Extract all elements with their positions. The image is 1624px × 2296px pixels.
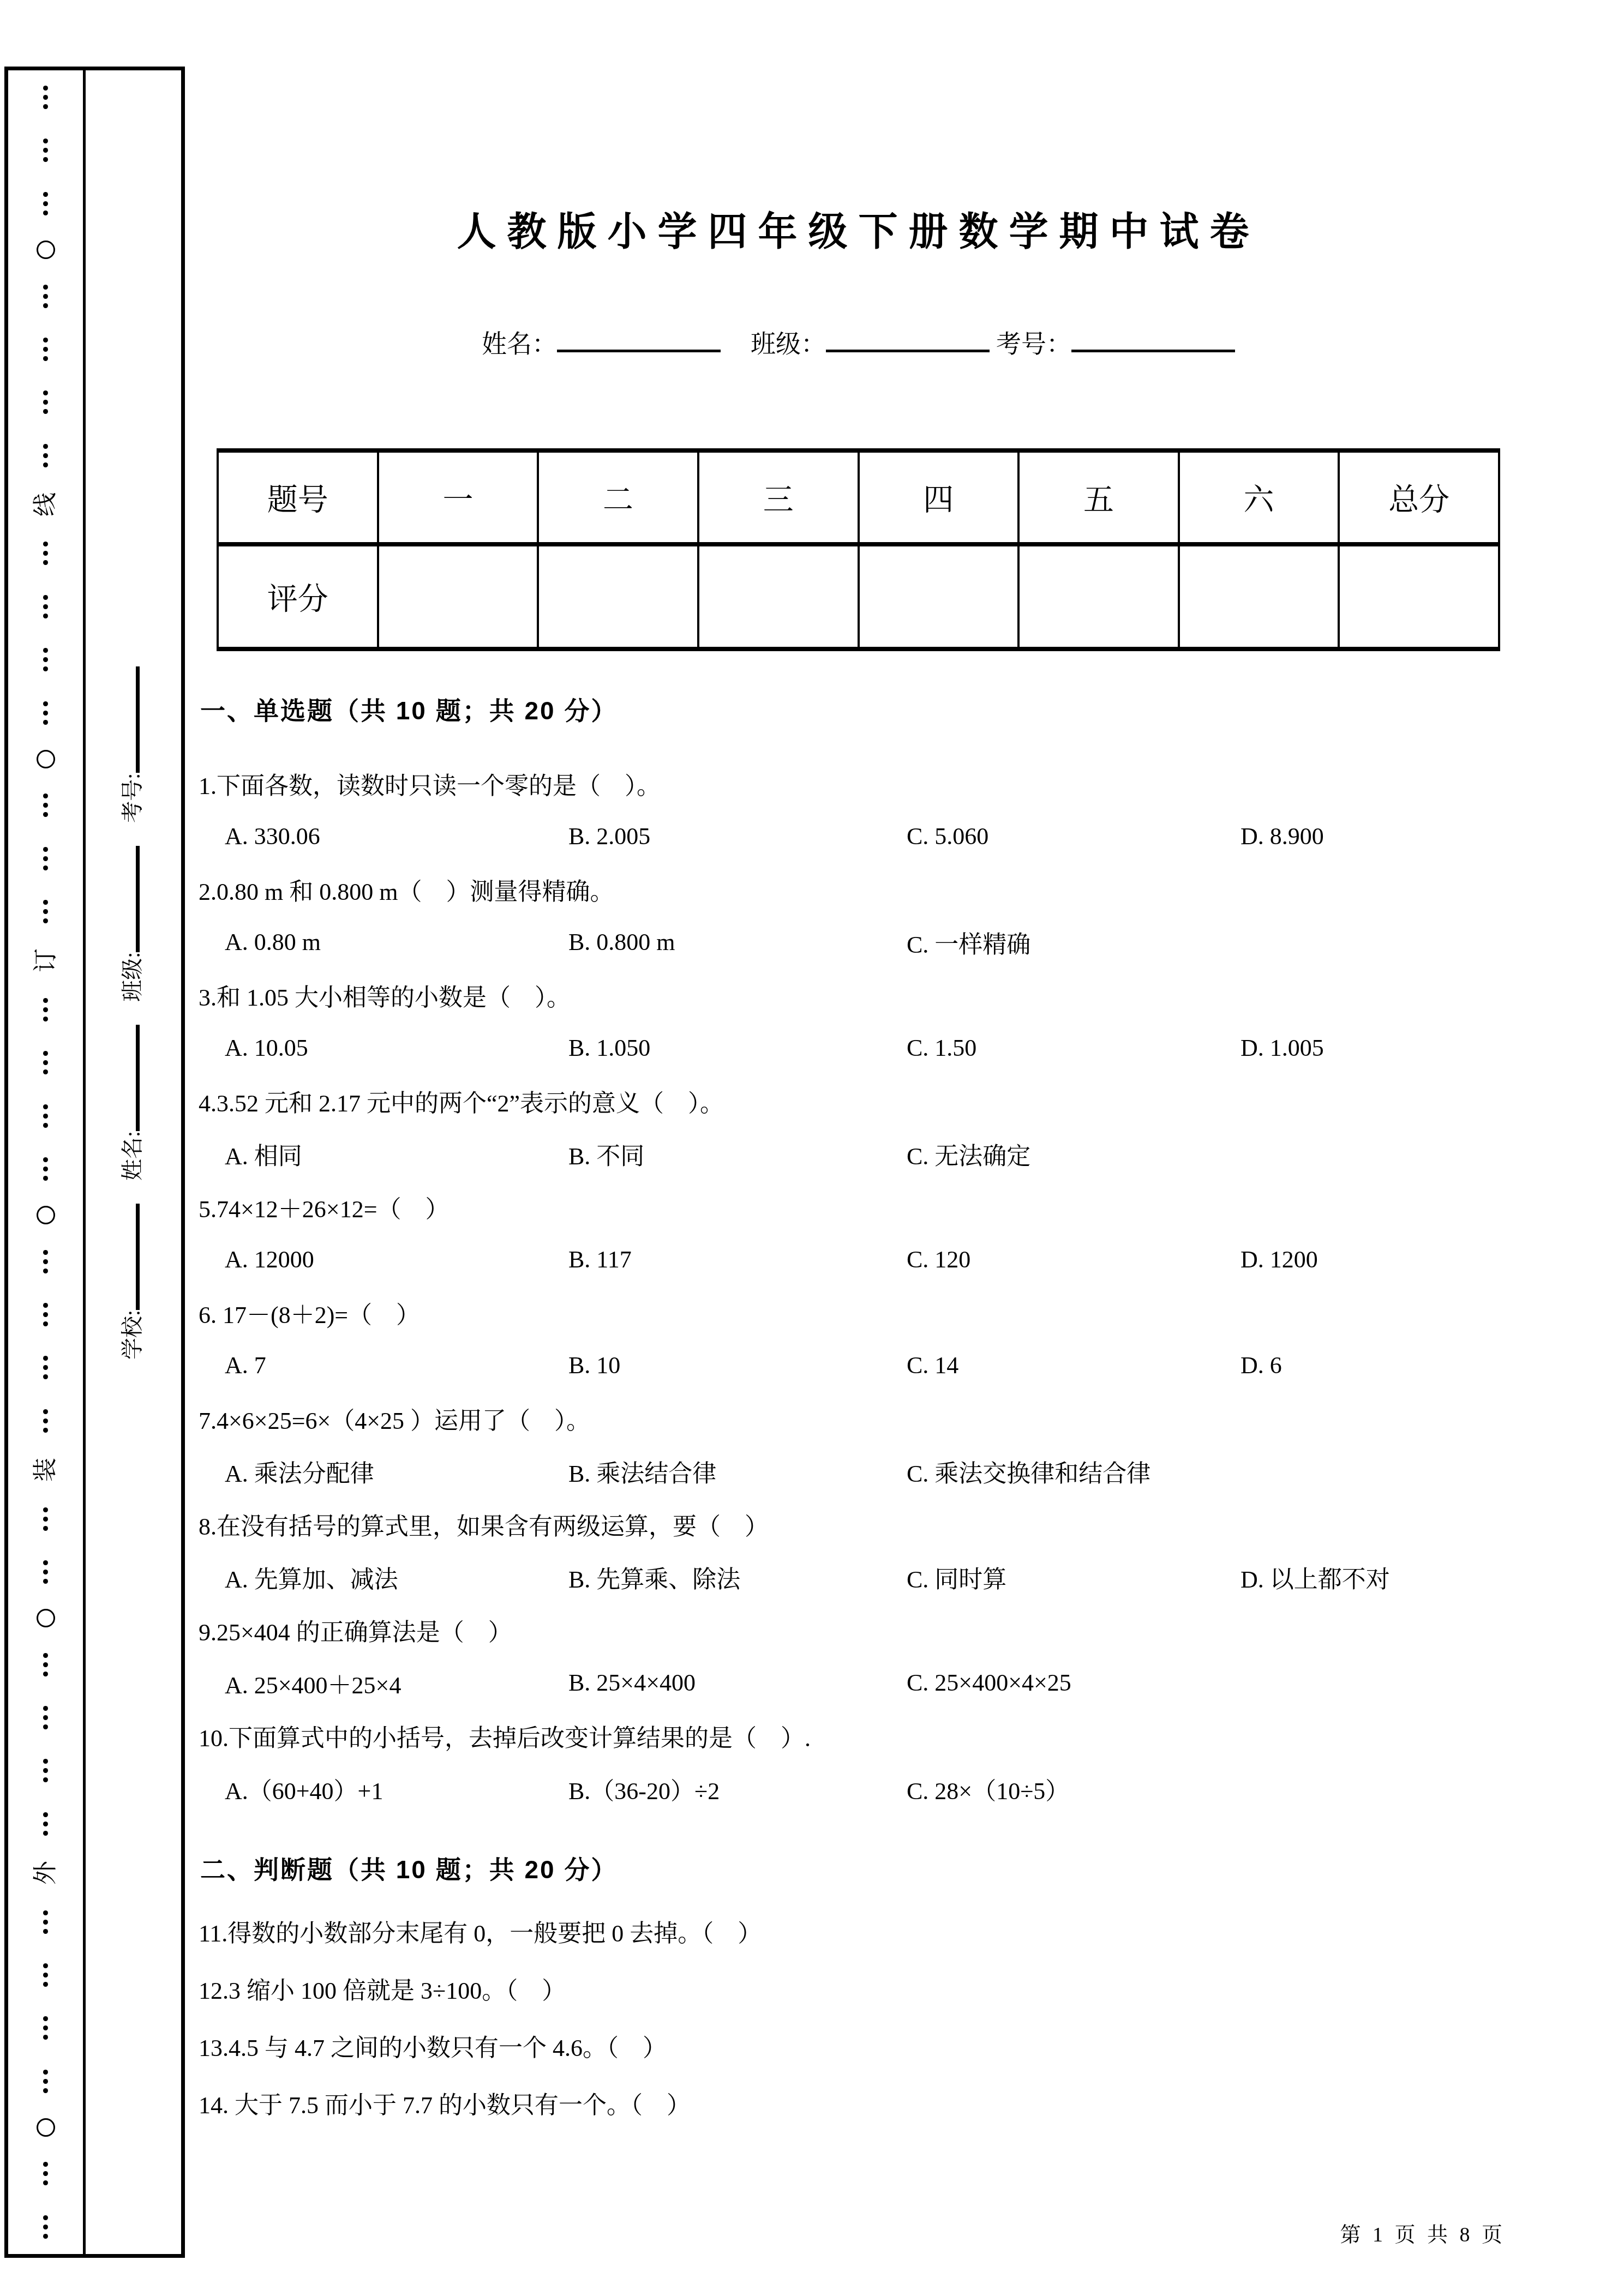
exam-title: 人教版小学四年级下册数学期中试卷 (217, 205, 1500, 259)
binding-dots-icon (43, 1808, 48, 1840)
exam-page: 线 订 装 外 (0, 0, 1624, 2296)
binding-dots-icon (43, 843, 48, 875)
question-options: A. 相同 B. 不同 C. 无法确定 (199, 1127, 1624, 1180)
question-options: A. 先算加、减法 B. 先算乘、除法 C. 同时算 D. 以上都不对 (199, 1550, 1624, 1603)
question-stem: 2.0.80 m 和 0.800 m（ ）测量得精确。 (199, 863, 1624, 916)
binding-dots-icon (43, 134, 48, 166)
class-label-side: 班级: (120, 952, 145, 1002)
binding-char-line: 线 (34, 492, 58, 516)
score-cell (378, 544, 538, 649)
binding-dots-icon (43, 1299, 48, 1331)
option-b: B.（36-20）÷2 (568, 1771, 907, 1806)
binding-dots-icon (43, 1405, 48, 1437)
page-number: 第 1 页 共 8 页 (1340, 2217, 1506, 2247)
question-stem: 5.74×12＋26×12=（ ） (199, 1180, 1624, 1233)
option-d: D. 6 (1241, 1351, 1624, 1379)
option-a: A. 先算加、减法 (225, 1560, 568, 1595)
binding-dots-icon (43, 1100, 48, 1132)
option-c: C. 5.060 (907, 822, 1241, 850)
name-blank (557, 350, 721, 352)
binding-dots-icon (43, 591, 48, 623)
score-cell (1179, 544, 1339, 649)
option-c: C. 乘法交换律和结合律 (907, 1454, 1241, 1489)
question-options: A.（60+40）+1 B.（36-20）÷2 C. 28×（10÷5） (199, 1762, 1624, 1815)
question-stem: 13.4.5 与 4.7 之间的小数只有一个 4.6。（ ） (199, 2017, 1624, 2074)
binding-dots-icon (43, 2157, 48, 2190)
score-row-label: 评分 (218, 544, 378, 649)
score-table: 题号 一 二 三 四 五 六 总分 评分 (217, 448, 1500, 651)
score-table-col: 四 (859, 450, 1019, 544)
binding-dots-icon (43, 1047, 48, 1079)
question-stem: 12.3 缩小 100 倍就是 3÷100。（ ） (199, 1960, 1624, 2017)
score-table-col: 三 (698, 450, 859, 544)
binding-dots-icon (43, 1702, 48, 1734)
option-c: C. 无法确定 (907, 1137, 1241, 1171)
score-cell (538, 544, 698, 649)
exam-no-blank-side (136, 667, 140, 773)
score-table-col: 六 (1179, 450, 1339, 544)
option-b: B. 117 (568, 1246, 907, 1273)
binding-dots-icon (43, 789, 48, 821)
binding-circle-icon (37, 750, 55, 768)
judge-questions: 11.得数的小数部分末尾有 0，一般要把 0 去掉。（ ） 12.3 缩小 10… (185, 1902, 1624, 2131)
question-options: A. 乘法分配律 B. 乘法结合律 C. 乘法交换律和结合律 (199, 1445, 1624, 1498)
binding-dots-icon (43, 81, 48, 113)
option-b: B. 乘法结合律 (568, 1454, 907, 1489)
name-blank-side (136, 1025, 140, 1131)
binding-dots-icon (43, 2012, 48, 2044)
score-cell (1339, 544, 1499, 649)
option-c: C. 14 (907, 1351, 1241, 1379)
name-label-side: 姓名: (120, 1131, 145, 1181)
binding-dots-icon (43, 1153, 48, 1185)
binding-circle-icon (37, 241, 55, 259)
binding-dots-icon (43, 994, 48, 1026)
binding-dots-icon (43, 1649, 48, 1681)
option-b: B. 先算乘、除法 (568, 1560, 907, 1595)
score-table-col: 二 (538, 450, 698, 544)
binding-char-outside: 外 (34, 1861, 58, 1885)
class-blank (826, 350, 990, 352)
class-label: 班级： (751, 330, 826, 358)
option-d: D. 1.005 (1241, 1034, 1624, 1062)
student-info-row: 姓名：班级：考号： (217, 327, 1500, 361)
question-options: A. 7 B. 10 C. 14 D. 6 (199, 1339, 1624, 1392)
binding-dots-icon (43, 280, 48, 312)
binding-dots-icon (43, 697, 48, 729)
question-stem: 6. 17－(8＋2)=（ ） (199, 1286, 1624, 1339)
school-blank (136, 1204, 140, 1310)
single-choice-questions: 1.下面各数，读数时只读一个零的是（ ）。 A. 330.06 B. 2.005… (185, 757, 1624, 1815)
question-stem: 7.4×6×25=6×（4×25 ）运用了（ ）。 (199, 1392, 1624, 1445)
score-table-score-row: 评分 (218, 544, 1499, 649)
section-1-heading: 一、单选题（共 10 题；共 20 分） (200, 697, 1624, 724)
binding-dots-icon (43, 333, 48, 365)
binding-dots-icon (43, 2065, 48, 2097)
binding-char-staple: 订 (34, 948, 58, 972)
option-c: C. 一样精确 (907, 925, 1241, 960)
school-label: 学校: (120, 1310, 145, 1360)
option-a: A.（60+40）+1 (225, 1771, 568, 1806)
option-b: B. 不同 (568, 1137, 907, 1171)
option-a: A. 7 (225, 1351, 568, 1379)
option-b: B. 1.050 (568, 1034, 907, 1062)
score-cell (1018, 544, 1179, 649)
option-c: C. 120 (907, 1246, 1241, 1273)
binding-char-bind: 装 (34, 1458, 58, 1482)
binding-circle-icon (37, 1206, 55, 1224)
option-c: C. 1.50 (907, 1034, 1241, 1062)
question-stem: 9.25×404 的正确算法是（ ） (199, 1603, 1624, 1656)
binding-dots-icon (43, 1351, 48, 1384)
binding-dots-icon (43, 644, 48, 676)
binding-marks-column: 线 订 装 外 (8, 70, 86, 2254)
student-info-rotated: 学校:姓名:班级:考号: (86, 70, 179, 2254)
binding-dots-icon (43, 2211, 48, 2243)
option-c: C. 25×400×4×25 (907, 1669, 1241, 1697)
binding-dots-icon (43, 1246, 48, 1278)
binding-circle-icon (37, 2118, 55, 2137)
option-a: A. 330.06 (225, 822, 568, 850)
question-stem: 4.3.52 元和 2.17 元中的两个“2”表示的意义（ ）。 (199, 1074, 1624, 1127)
binding-dots-icon (43, 1906, 48, 1938)
question-stem: 8.在没有括号的算式里，如果含有两级运算，要（ ） (199, 1498, 1624, 1550)
score-table-col: 一 (378, 450, 538, 544)
question-options: A. 330.06 B. 2.005 C. 5.060 D. 8.900 (199, 810, 1624, 863)
option-c: C. 28×（10÷5） (907, 1771, 1241, 1806)
binding-dots-icon (43, 1503, 48, 1535)
option-d: D. 以上都不对 (1241, 1560, 1624, 1595)
exam-no-label-side: 考号: (120, 773, 145, 823)
option-a: A. 0.80 m (225, 928, 568, 956)
score-table-header-row: 题号 一 二 三 四 五 六 总分 (218, 450, 1499, 544)
question-stem: 1.下面各数，读数时只读一个零的是（ ）。 (199, 757, 1624, 810)
score-table-label: 题号 (218, 450, 378, 544)
option-a: A. 10.05 (225, 1034, 568, 1062)
question-options: A. 0.80 m B. 0.800 m C. 一样精确 (199, 916, 1624, 969)
option-b: B. 25×4×400 (568, 1669, 907, 1697)
question-options: A. 12000 B. 117 C. 120 D. 1200 (199, 1233, 1624, 1286)
binding-dots-icon (43, 188, 48, 220)
binding-strip: 线 订 装 外 (4, 67, 185, 2258)
class-blank-side (136, 846, 140, 952)
option-b: B. 10 (568, 1351, 907, 1379)
binding-dots-icon (43, 386, 48, 418)
option-a: A. 乘法分配律 (225, 1454, 568, 1489)
score-cell (859, 544, 1019, 649)
score-table-col: 总分 (1339, 450, 1499, 544)
option-a: A. 相同 (225, 1137, 568, 1171)
score-table-col: 五 (1018, 450, 1179, 544)
binding-dots-icon (43, 1959, 48, 1991)
question-stem: 10.下面算式中的小括号，去掉后改变计算结果的是（ ）. (199, 1709, 1624, 1762)
option-b: B. 0.800 m (568, 928, 907, 956)
name-label: 姓名： (482, 330, 557, 358)
binding-dots-icon (43, 440, 48, 472)
option-c: C. 同时算 (907, 1560, 1241, 1595)
binding-circle-icon (37, 1609, 55, 1627)
binding-dots-icon (43, 895, 48, 928)
binding-dots-icon (43, 537, 48, 569)
option-b: B. 2.005 (568, 822, 907, 850)
binding-dots-icon (43, 1754, 48, 1787)
binding-dots-icon (43, 1556, 48, 1588)
exam-content: 人教版小学四年级下册数学期中试卷 姓名：班级：考号： 题号 一 二 三 四 五 … (185, 0, 1624, 2296)
question-options: A. 25×400＋25×4 B. 25×4×400 C. 25×400×4×2… (199, 1656, 1624, 1709)
score-cell (698, 544, 859, 649)
option-d: D. 1200 (1241, 1246, 1624, 1273)
question-stem: 14. 大于 7.5 而小于 7.7 的小数只有一个。（ ） (199, 2074, 1624, 2131)
option-a: A. 25×400＋25×4 (225, 1666, 568, 1700)
question-stem: 3.和 1.05 大小相等的小数是（ ）。 (199, 969, 1624, 1021)
question-stem: 11.得数的小数部分末尾有 0，一般要把 0 去掉。（ ） (199, 1902, 1624, 1960)
student-info-column: 学校:姓名:班级:考号: (86, 70, 181, 2254)
section-2-heading: 二、判断题（共 10 题；共 20 分） (200, 1856, 1624, 1883)
option-d: D. 8.900 (1241, 822, 1624, 850)
question-options: A. 10.05 B. 1.050 C. 1.50 D. 1.005 (199, 1021, 1624, 1074)
exam-no-label: 考号： (996, 330, 1071, 358)
option-a: A. 12000 (225, 1246, 568, 1273)
exam-no-blank (1071, 350, 1235, 352)
